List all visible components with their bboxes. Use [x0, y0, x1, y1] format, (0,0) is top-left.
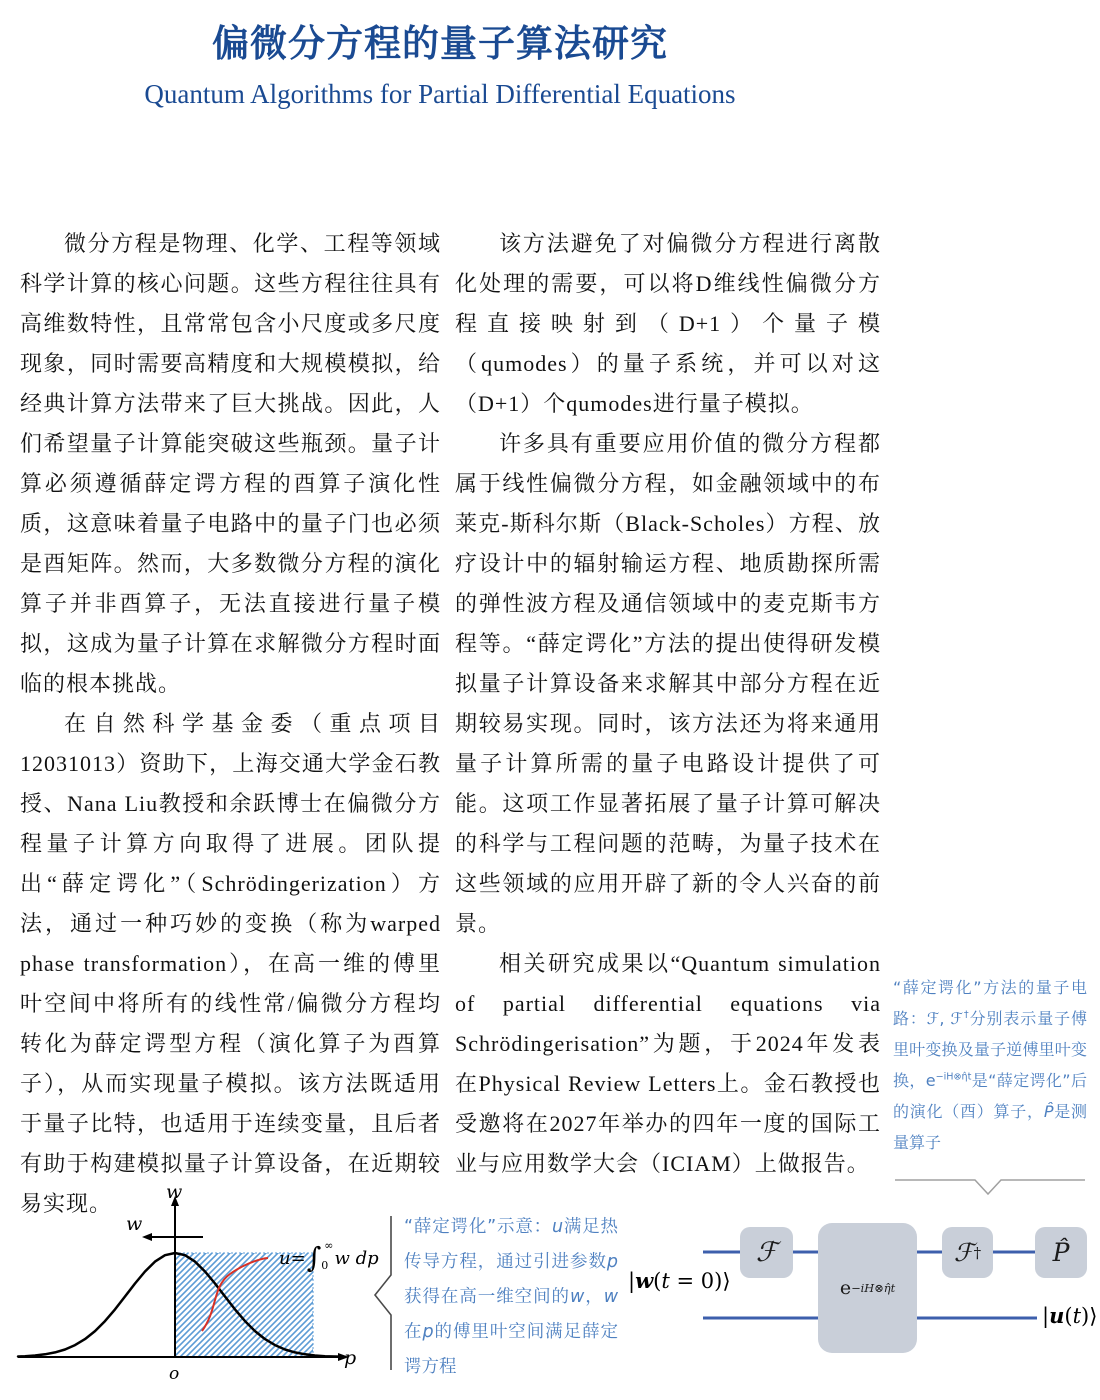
article-page: 偏微分方程的量子算法研究 Quantum Algorithms for Part…: [0, 0, 1100, 1400]
integral-annotation: u = ∫ ∞ 0 w dp: [279, 1243, 379, 1273]
paragraph: 许多具有重要应用价值的微分方程都属于线性偏微分方程，如金融领域中的布莱克-斯科尔…: [455, 424, 881, 944]
sidebar-note: “薛定谔化”方法的量子电路：ℱ, ℱ†分别表示量子傅里叶变换及量子逆傅里叶变换，…: [893, 972, 1087, 1158]
lower-limit: 0: [321, 1260, 330, 1272]
integral-limits: ∞ 0: [322, 1244, 331, 1267]
gate-evolution: e−iH⊗η̂t: [818, 1223, 917, 1353]
page-subtitle: Quantum Algorithms for Partial Different…: [0, 78, 880, 110]
y-axis-label: w: [166, 1185, 182, 1203]
bracket-line: [375, 1216, 391, 1370]
annotation-u: u: [279, 1248, 291, 1269]
paragraph: 相关研究成果以“Quantum simulation of partial di…: [455, 944, 881, 1184]
gate-qft: ℱ: [740, 1227, 793, 1278]
right-column: 该方法避免了对偏微分方程进行离散化处理的需要，可以将D维线性偏微分方程直接映射到…: [455, 224, 881, 1184]
figure-caption: “薛定谔化”示意：u满足热传导方程，通过引进参数p获得在高一维空间的w，w在p的…: [404, 1210, 618, 1385]
caption-bracket-left: [372, 1214, 396, 1374]
paragraph: 在自然科学基金委（重点项目12031013）资助下，上海交通大学金石教授、Nan…: [20, 704, 441, 1224]
upper-limit: ∞: [324, 1240, 333, 1252]
paragraph: 微分方程是物理、化学、工程等领域科学计算的核心问题。这些方程往往具有高维数特性，…: [20, 224, 441, 704]
left-column: 微分方程是物理、化学、工程等领域科学计算的核心问题。这些方程往往具有高维数特性，…: [20, 224, 441, 1224]
wave-arrow-head: [142, 1233, 152, 1241]
page-title: 偏微分方程的量子算法研究: [0, 22, 880, 66]
annotation-eq: =: [291, 1248, 306, 1269]
callout-pointer-down: [893, 1176, 1087, 1200]
callout-line: [895, 1180, 1085, 1194]
origin-label: o: [169, 1364, 179, 1384]
quantum-circuit: e−iH⊗η̂t ℱ ℱ† P̂ |w(t = 0)⟩ |u(t)⟩: [618, 1205, 1100, 1365]
x-axis-label: p: [344, 1347, 356, 1369]
gate-measurement: P̂: [1035, 1227, 1087, 1278]
gate-inverse-qft: ℱ†: [942, 1227, 993, 1278]
wave-label: w: [126, 1213, 142, 1235]
heading: 偏微分方程的量子算法研究 Quantum Algorithms for Part…: [0, 22, 880, 111]
paragraph: 该方法避免了对偏微分方程进行离散化处理的需要，可以将D维线性偏微分方程直接映射到…: [455, 224, 881, 424]
output-state-label: |u(t)⟩: [1042, 1303, 1097, 1328]
integral-sign: ∫: [307, 1244, 322, 1272]
schrodingerization-chart: w w p o: [10, 1185, 360, 1395]
input-state-label: |w(t = 0)⟩: [628, 1268, 731, 1293]
